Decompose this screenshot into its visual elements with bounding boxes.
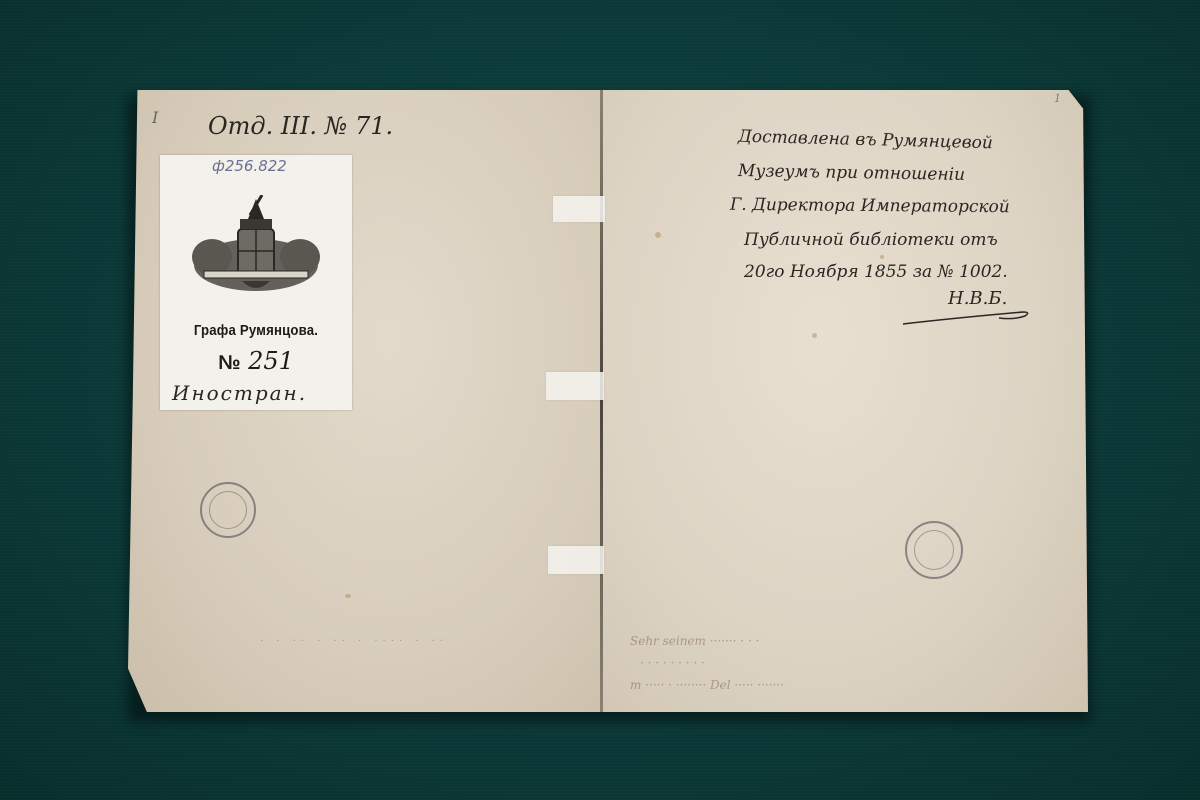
library-stamp-icon [905,521,963,579]
bookplate-title: Графа Румянцова. [172,322,341,339]
faded-text-line: · · · · · · · · · [640,656,705,670]
inscription-line: Музеумъ при отношенiи [738,161,965,185]
bookplate-number: № 251 [160,347,352,375]
tape-strip [548,546,604,574]
book-spine [600,90,603,712]
bookplate-category: Иностран. [172,381,307,405]
faded-text-line: Sehr seinem ······· · · · [630,634,759,648]
corner-mark: I [152,108,158,127]
inscription-line: Публичной библiотеки отъ [744,230,998,250]
foxing-spot [880,255,884,259]
bookplate-shelf-number: ф256.822 [212,157,287,175]
faded-text-line: m ····· · ········ Del ····· ······· [630,678,784,692]
tape-strip [553,196,605,222]
bookplate: ф256.822 Графа Румянцова. № 251 Иностран… [160,155,352,410]
inscription-line: 20го Ноября 1855 за № 1002. [744,262,1008,282]
bleed-through-text: · · ·· · ·· · ···· · ·· [260,636,448,647]
signature-flourish-icon [895,304,1035,328]
bookplate-number-value: 251 [248,347,294,375]
foxing-spot [812,333,817,338]
corner-mark: 1 [1054,92,1061,105]
inscription-line: Г. Директора Императорской [730,195,1010,217]
right-page [602,90,1088,712]
number-sign: № [218,352,240,374]
foxing-spot [655,232,661,238]
tape-strip [546,372,604,400]
shelfmark: Отд. III. № 71. [208,112,393,140]
library-stamp-icon [200,482,256,538]
foxing-spot [345,594,351,598]
coat-of-arms-icon [190,195,322,295]
